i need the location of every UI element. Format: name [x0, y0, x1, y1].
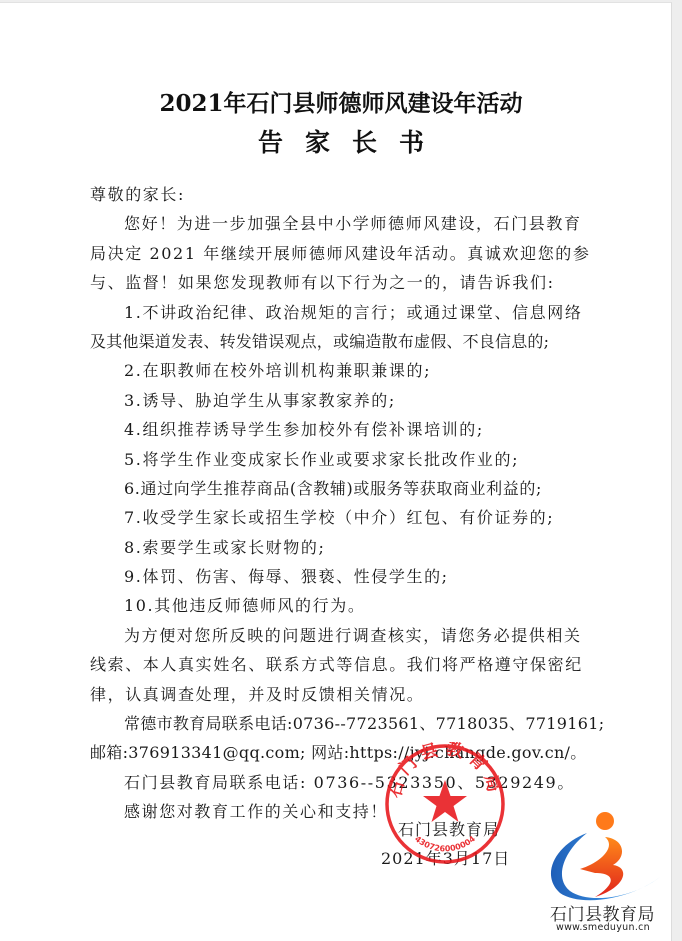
closing-line: 为方便对您所反映的问题进行调查核实，请您务必提供相关 — [90, 621, 630, 650]
document-subtitle: 告家长书 — [0, 123, 682, 159]
contact-email-website: 邮箱:376913341@qq.com; 网站:https://jyj.chan… — [90, 738, 630, 767]
logo-website: www.smeduyun.cn — [538, 922, 668, 933]
list-item: 4.组织推荐诱导学生参加校外有偿补课培训的; — [90, 415, 630, 444]
list-item: 3.诱导、胁迫学生从事家教家养的; — [90, 386, 630, 415]
contact-shimen: 石门县教育局联系电话: 0736--5323350、5329249。 — [90, 768, 630, 797]
official-seal-icon: 石门县教育局 430726000004 — [383, 742, 507, 866]
intro-line: 您好！为进一步加强全县中小学师德师风建设，石门县教育 — [90, 209, 630, 238]
list-item: 6.通过向学生推荐商品(含教辅)或服务等获取商业利益的; — [90, 474, 630, 503]
list-item: 2.在职教师在校外培训机构兼职兼课的; — [90, 356, 630, 385]
list-item: 5.将学生作业变成家长作业或要求家长批改作业的; — [90, 445, 630, 474]
svg-text:430726000004: 430726000004 — [413, 834, 477, 854]
list-item: 1.不讲政治纪律、政治规矩的言行；或通过课堂、信息网络 — [90, 298, 630, 327]
contact-changde: 常德市教育局联系电话:0736--7723561、7718035、7719161… — [90, 709, 630, 738]
letter-body: 尊敬的家长: 您好！为进一步加强全县中小学师德师风建设，石门县教育 局决定 20… — [90, 180, 630, 827]
intro-line: 局决定 2021 年继续开展师德师风建设年活动。真诚欢迎您的参 — [90, 239, 630, 268]
closing-line: 线索、本人真实姓名、联系方式等信息。我们将严格遵守保密纪 — [90, 650, 630, 679]
intro-line: 与、监督！如果您发现教师有以下行为之一的，请告诉我们: — [90, 268, 630, 297]
list-item: 7.收受学生家长或招生学校（中介）红包、有价证券的; — [90, 503, 630, 532]
document-title: 2021年石门县师德师风建设年活动 — [0, 85, 682, 118]
closing-line: 律，认真调查处理，并及时反馈相关情况。 — [90, 680, 630, 709]
list-item: 9.体罚、伤害、侮辱、猥亵、性侵学生的; — [90, 562, 630, 591]
salutation: 尊敬的家长: — [90, 180, 630, 209]
list-item-cont: 及其他渠道发表、转发错误观点，或编造散布虚假、不良信息的; — [90, 327, 630, 356]
list-item: 8.索要学生或家长财物的; — [90, 533, 630, 562]
list-item: 10.其他违反师德师风的行为。 — [90, 591, 630, 620]
